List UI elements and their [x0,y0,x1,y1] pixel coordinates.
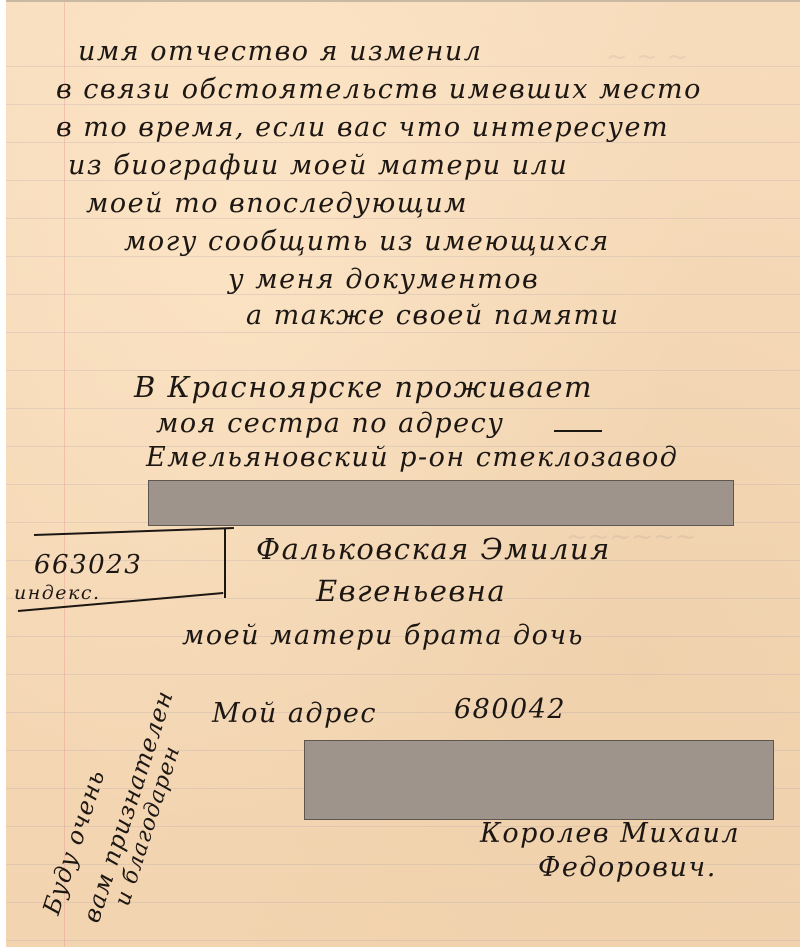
letter-line-4: из биографии моей матери или [68,150,568,181]
underline-stroke [554,430,602,432]
bracket-vertical [224,528,234,598]
letter-paper: ~ ~ ~ ~~~~~~ имя отчество я изменил в св… [6,0,800,947]
letter-line-8: а также своей памяти [246,300,620,331]
letter-line-2: в связи обстоятельств имевших место [56,74,702,105]
recipient-patronymic: Евгеньевна [316,574,506,608]
sister-line-3: Емельяновский р-он стеклозавод [146,442,678,473]
postal-index: 663023 [34,550,142,580]
letter-line-3: в то время, если вас что интересует [56,112,669,143]
signature-patronymic: Федорович. [538,852,717,883]
letter-line-5: моей то впоследующим [86,188,468,219]
postal-index-label: индекс. [14,582,101,604]
recipient-relation: моей матери брата дочь [182,620,584,651]
letter-line-6: могу сообщить из имеющихся [124,226,610,257]
redacted-sister-address [148,480,734,526]
ruled-line [6,940,800,941]
my-address-label: Мой адрес [212,698,377,729]
signature-name: Королев Михаил [480,818,740,849]
ruled-line [6,674,800,675]
bleed-through-text: ~ ~ ~ [606,42,688,72]
letter-line-1: имя отчество я изменил [78,36,482,67]
letter-line-7: у меня документов [228,264,539,295]
margin-line [64,2,65,947]
redacted-my-address [304,740,774,820]
sister-line-1: В Красноярске проживает [134,370,593,404]
recipient-name: Фальковская Эмилия [256,532,611,566]
ruled-line [6,712,800,713]
ruled-line [6,332,800,333]
sister-line-2: моя сестра по адресу [156,408,504,439]
my-address-index: 680042 [454,694,566,725]
